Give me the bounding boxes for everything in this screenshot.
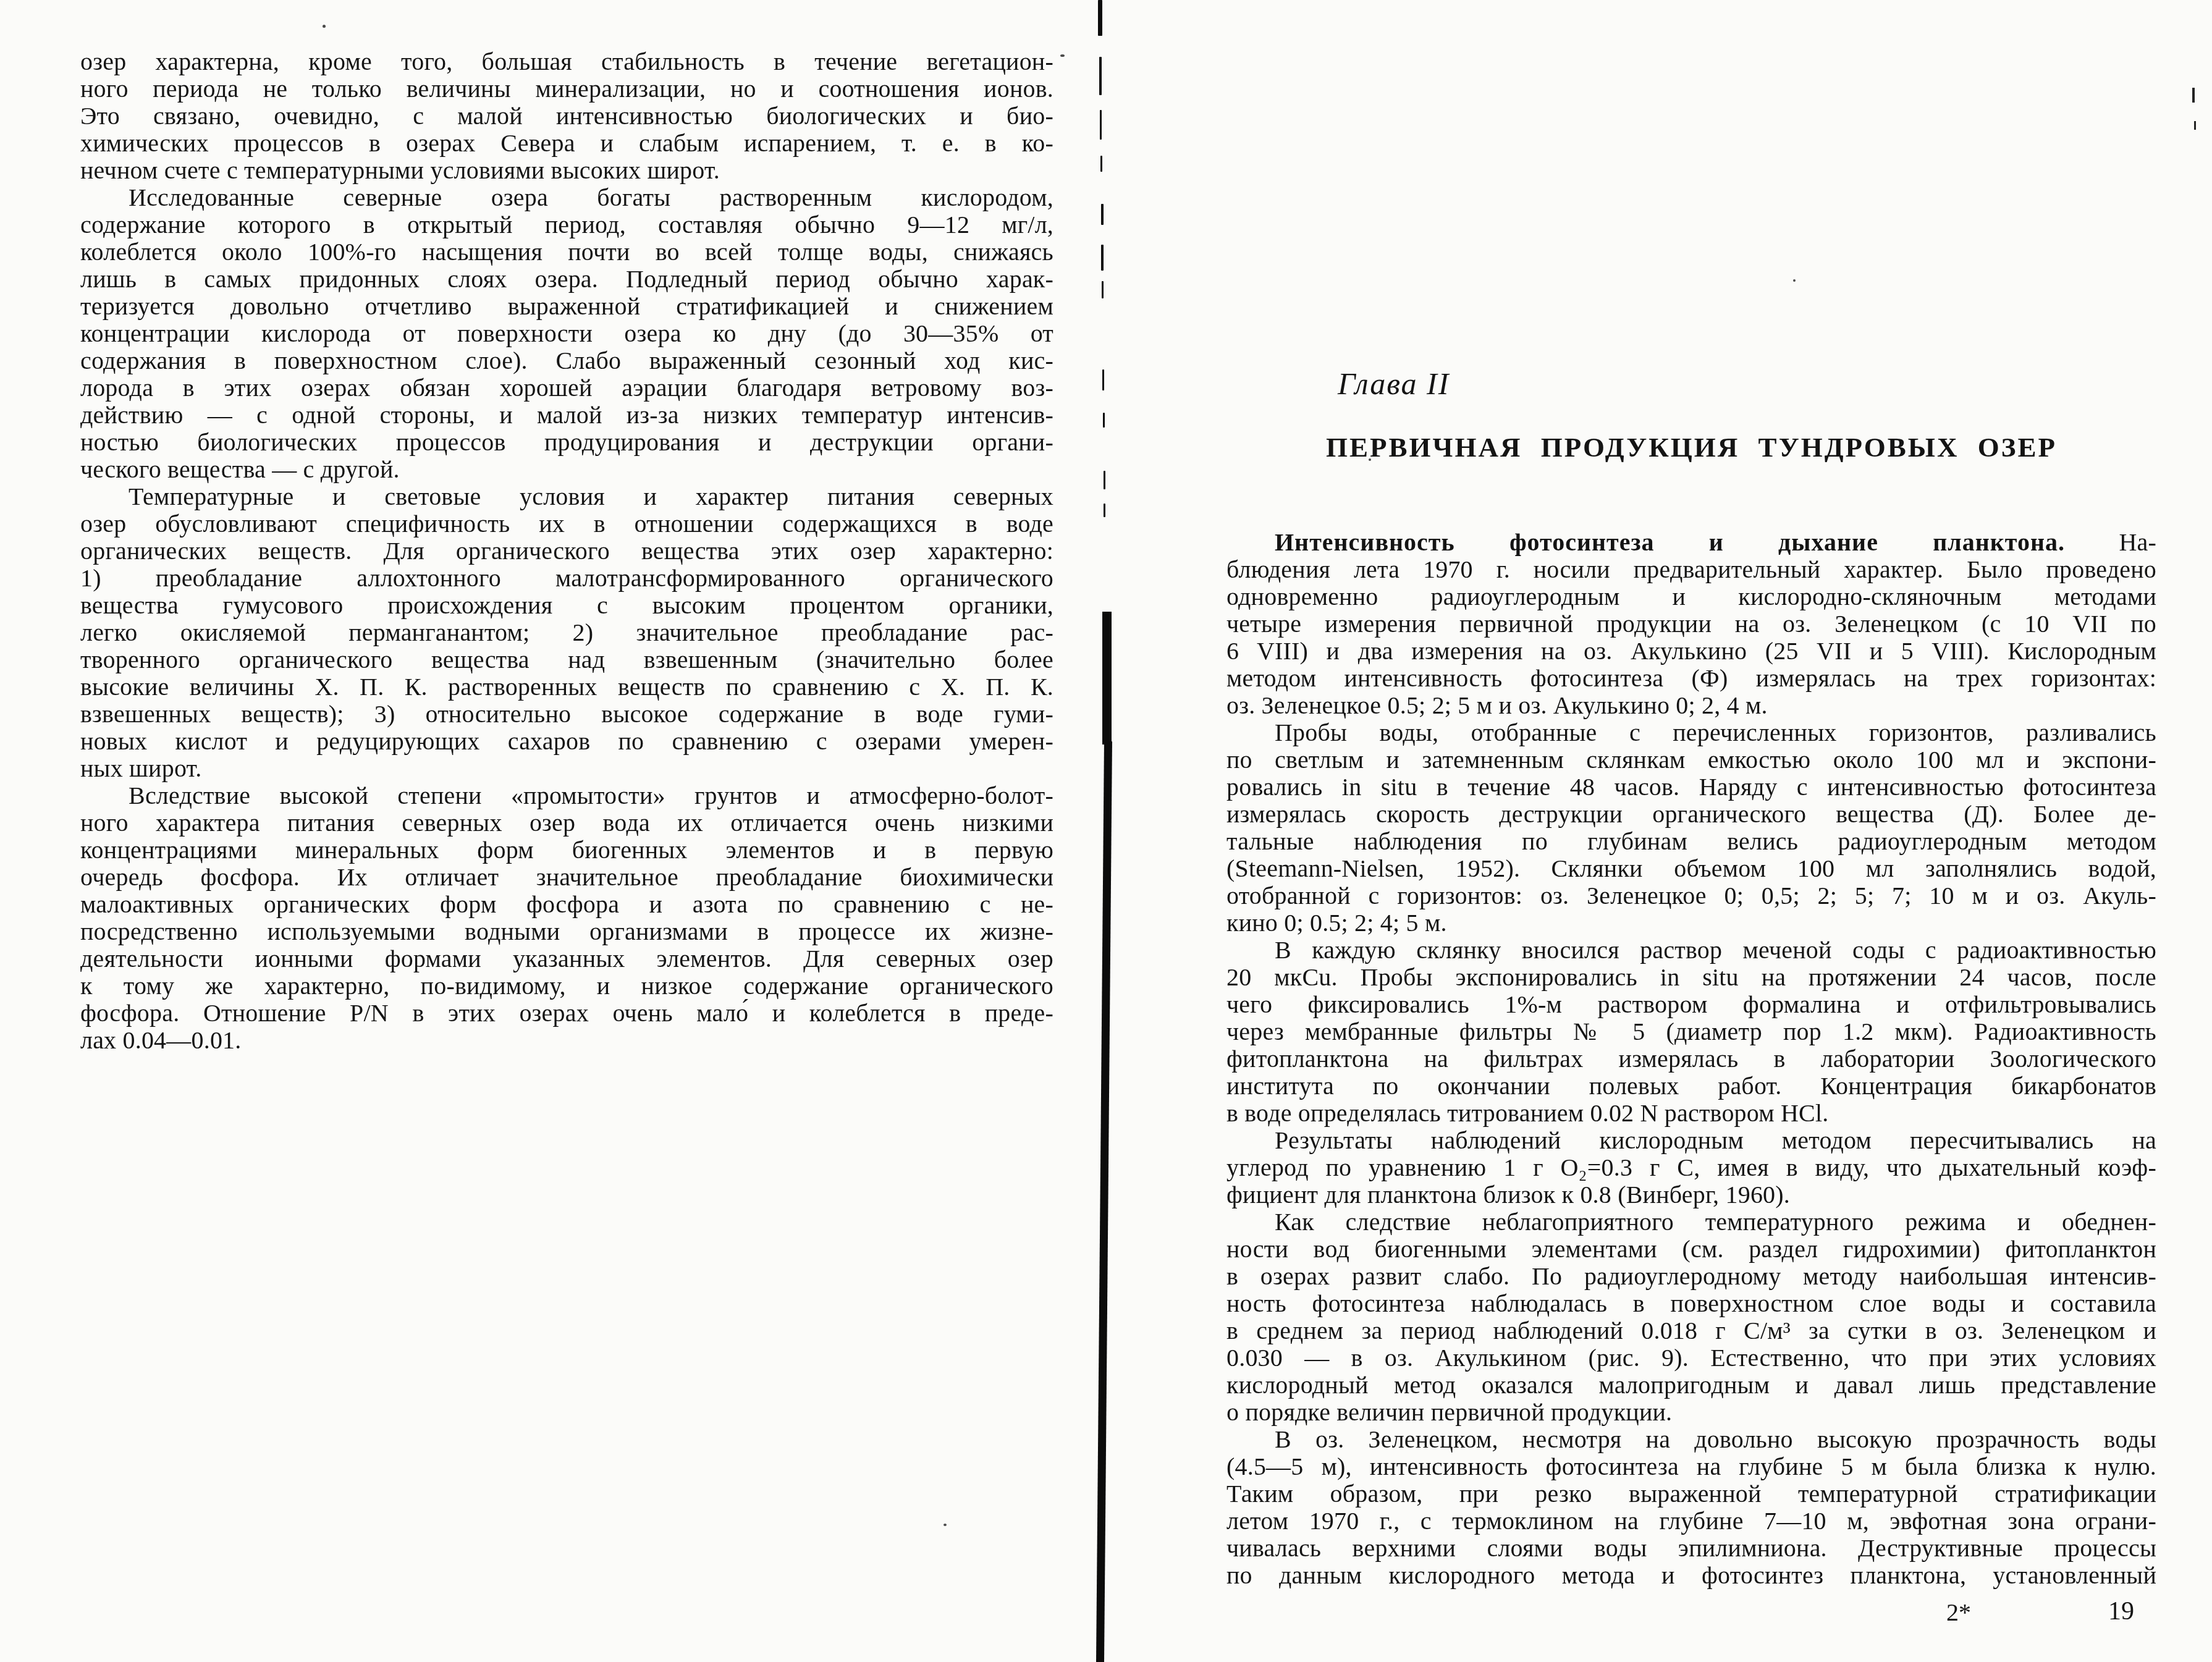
text-line: 20 мкCu. Пробы экспонировались in situ н… xyxy=(1226,964,2156,991)
text-line: В каждую склянку вносился раствор мечено… xyxy=(1226,937,2156,964)
scan-edge-dash xyxy=(2194,121,2196,130)
text-line: действию — с одной стороны, и малой из-з… xyxy=(80,402,1053,429)
text-line: Как следствие неблагоприятного температу… xyxy=(1226,1209,2156,1236)
text-line: озер обусловливают специфичность их в от… xyxy=(80,510,1053,538)
text-line: отобранной с горизонтов: оз. Зеленецкое … xyxy=(1226,882,2156,909)
text-line: высокие величины Х. П. К. растворенных в… xyxy=(80,673,1053,701)
text-line: Температурные и световые условия и харак… xyxy=(80,483,1053,510)
text-line: летом 1970 г., с термоклином на глубине … xyxy=(1226,1508,2156,1535)
text-line: ностью биологических процессов продуциро… xyxy=(80,429,1053,456)
paragraph: Как следствие неблагоприятного температу… xyxy=(1226,1209,2156,1426)
text-line: деятельности ионными формами указанных э… xyxy=(80,945,1053,972)
text-line: по данным кислородного метода и фотосинт… xyxy=(1226,1562,2156,1589)
page-gutter-dash xyxy=(1104,504,1105,517)
text-line: содержания в поверхностном слое). Слабо … xyxy=(80,347,1053,374)
text-line: Исследованные северные озера богаты раст… xyxy=(80,184,1053,211)
text-line: озер характерна, кроме того, большая ста… xyxy=(80,48,1053,75)
text-line: по светлым и затемненным склянкам емкост… xyxy=(1226,746,2156,774)
left-page-text-column: озер характерна, кроме того, большая ста… xyxy=(80,48,1053,1054)
signature-mark: 2* xyxy=(1946,1598,1971,1627)
page-number: 19 xyxy=(2108,1597,2134,1626)
text-line: чивалась верхними слоями воды эпилимнион… xyxy=(1226,1535,2156,1562)
text-line: В оз. Зеленецком, несмотря на довольно в… xyxy=(1226,1426,2156,1453)
text-line: оз. Зеленецкое 0.5; 2; 5 м и оз. Акульки… xyxy=(1226,692,2156,719)
paragraph: Вследствие высокой степени «промытости» … xyxy=(80,782,1053,1054)
text-line: 6 VIII) и два измерения на оз. Акулькино… xyxy=(1226,638,2156,665)
chapter-label: Глава II xyxy=(1338,366,1450,402)
paragraph: Результаты наблюдений кислородным методо… xyxy=(1226,1127,2156,1209)
page-gutter-smudge xyxy=(1102,612,1112,745)
text-line: лорода в этих озерах обязан хорошей аэра… xyxy=(80,374,1053,402)
paragraph: Температурные и световые условия и харак… xyxy=(80,483,1053,782)
text-line: чего фиксировались 1%-м раствором формал… xyxy=(1226,991,2156,1018)
text-line: легко окисляемой перманганантом; 2) знач… xyxy=(80,619,1053,646)
text-line: посредственно используемыми водными орга… xyxy=(80,918,1053,945)
paragraph: Интенсивность фотосинтеза и дыхание план… xyxy=(1226,529,2156,719)
text-line: ного периода не только величины минерали… xyxy=(80,75,1053,103)
page-gutter-dash xyxy=(1101,204,1104,225)
text-line: Это связано, очевидно, с малой интенсивн… xyxy=(80,103,1053,130)
text-line: ровались in situ в течение 48 часов. Нар… xyxy=(1226,774,2156,801)
text-line: очередь фосфора. Их отличает значительно… xyxy=(80,864,1053,891)
text-line: содержание которого в открытый период, с… xyxy=(80,211,1053,238)
text-line: одновременно радиоуглеродным и кислородн… xyxy=(1226,583,2156,610)
page-gutter-dash xyxy=(1101,245,1104,271)
text-line: в среднем за период наблюдений 0.018 г С… xyxy=(1226,1317,2156,1344)
page-gutter-dash xyxy=(1102,369,1104,390)
chapter-title: ПЕРВИЧНАЯ ПРОДУКЦИЯ ТУНДРОВЫХ ОЗЕР xyxy=(1226,431,2156,463)
paragraph: озер характерна, кроме того, большая ста… xyxy=(80,48,1053,184)
text-line: Интенсивность фотосинтеза и дыхание план… xyxy=(1226,529,2156,556)
text-line: Результаты наблюдений кислородным методо… xyxy=(1226,1127,2156,1154)
paragraph: Исследованные северные озера богаты раст… xyxy=(80,184,1053,483)
page-gutter-dash xyxy=(1098,0,1102,36)
scan-edge-dash xyxy=(2192,88,2195,103)
page-gutter-dash xyxy=(1100,110,1102,140)
text-line: ческого вещества — с другой. xyxy=(80,456,1053,483)
text-line: нечном счете с температурными условиями … xyxy=(80,157,1053,184)
text-line: фициент для планктона близок к 0.8 (Винб… xyxy=(1226,1181,2156,1209)
text-line: новых кислот и редуцирующих сахаров по с… xyxy=(80,728,1053,755)
text-line: ного характера питания северных озер вод… xyxy=(80,809,1053,837)
text-line: методом интенсивность фотосинтеза (Ф) из… xyxy=(1226,665,2156,692)
text-line: колеблется около 100%-го насыщения почти… xyxy=(80,238,1053,266)
text-line: кислородный метод оказался малопригодным… xyxy=(1226,1372,2156,1399)
text-line: фосфора. Отношение P/N в этих озерах оче… xyxy=(80,1000,1053,1027)
text-line: (Steemann-Nielsen, 1952). Склянки объемо… xyxy=(1226,855,2156,882)
text-line: кино 0; 0.5; 2; 4; 5 м. xyxy=(1226,909,2156,937)
paragraph: В каждую склянку вносился раствор мечено… xyxy=(1226,937,2156,1127)
text-line: Вследствие высокой степени «промытости» … xyxy=(80,782,1053,809)
page-gutter-line xyxy=(1096,741,1112,1662)
page-gutter-dash xyxy=(1099,57,1102,95)
text-line: углерод по уравнению 1 г O₂=0.3 г C, име… xyxy=(1226,1154,2156,1181)
scan-speck xyxy=(943,1524,947,1526)
text-line: вещества гумусового происхождения с высо… xyxy=(80,592,1053,619)
book-spread: озер характерна, кроме того, большая ста… xyxy=(0,0,2212,1662)
text-line: концентрациями минеральных форм биогенны… xyxy=(80,837,1053,864)
text-line: ность фотосинтеза наблюдалась в поверхно… xyxy=(1226,1290,2156,1317)
text-line: взвешенных веществ); 3) относительно выс… xyxy=(80,701,1053,728)
text-line: малоактивных органических форм фосфора и… xyxy=(80,891,1053,918)
text-line: Таким образом, при резко выраженной темп… xyxy=(1226,1480,2156,1508)
text-line: института по окончании полевых работ. Ко… xyxy=(1226,1073,2156,1100)
scan-speck xyxy=(1060,54,1065,57)
text-line: химических процессов в озерах Севера и с… xyxy=(80,130,1053,157)
right-page-text-column: Интенсивность фотосинтеза и дыхание план… xyxy=(1226,529,2156,1589)
text-line: 0.030 — в оз. Акулькином (рис. 9). Естес… xyxy=(1226,1344,2156,1372)
text-line: творенного органического вещества над вз… xyxy=(80,646,1053,673)
text-line: четыре измерения первичной продукции на … xyxy=(1226,610,2156,638)
scan-speck xyxy=(323,25,326,28)
text-line: 1) преобладание аллохтонного малотрансфо… xyxy=(80,565,1053,592)
text-line: тальные наблюдения по глубинам велись ра… xyxy=(1226,828,2156,855)
text-line: ных широт. xyxy=(80,755,1053,782)
text-line: (4.5—5 м), интенсивность фотосинтеза на … xyxy=(1226,1453,2156,1480)
text-line: лах 0.04—0.01. xyxy=(80,1027,1053,1054)
page-gutter-dash xyxy=(1103,413,1105,428)
scan-speck xyxy=(1793,279,1796,282)
paragraph: Пробы воды, отобранные с перечисленных г… xyxy=(1226,719,2156,937)
text-line: ности вод биогенными элементами (см. раз… xyxy=(1226,1236,2156,1263)
text-line: Пробы воды, отобранные с перечисленных г… xyxy=(1226,719,2156,746)
text-line: органических веществ. Для органического … xyxy=(80,538,1053,565)
text-line: фитопланктона на фильтрах измерялась в л… xyxy=(1226,1045,2156,1073)
text-line: лишь в самых придонных слоях озера. Подл… xyxy=(80,266,1053,293)
scan-speck xyxy=(1369,458,1371,461)
bold-lead-in: Интенсивность фотосинтеза и дыхание план… xyxy=(1275,528,2065,556)
text-line: к тому же характерно, по-видимому, и низ… xyxy=(80,972,1053,1000)
text-line: о порядке величин первичной продукции. xyxy=(1226,1399,2156,1426)
text-line: блюдения лета 1970 г. носили предварител… xyxy=(1226,556,2156,583)
paragraph: В оз. Зеленецком, несмотря на довольно в… xyxy=(1226,1426,2156,1589)
text-line: концентрации кислорода от поверхности оз… xyxy=(80,320,1053,347)
page-gutter-dash xyxy=(1104,471,1105,489)
page-gutter-dash xyxy=(1102,281,1104,298)
text-line: в озерах развит слабо. По радиоуглеродно… xyxy=(1226,1263,2156,1290)
text-line: в воде определялась титрованием 0.02 N р… xyxy=(1226,1100,2156,1127)
text-line: через мембранные фильтры № 5 (диаметр по… xyxy=(1226,1018,2156,1045)
page-gutter-dash xyxy=(1100,156,1102,172)
text-line: теризуется довольно отчетливо выраженной… xyxy=(80,293,1053,320)
text-line: измерялась скорость деструкции органичес… xyxy=(1226,801,2156,828)
